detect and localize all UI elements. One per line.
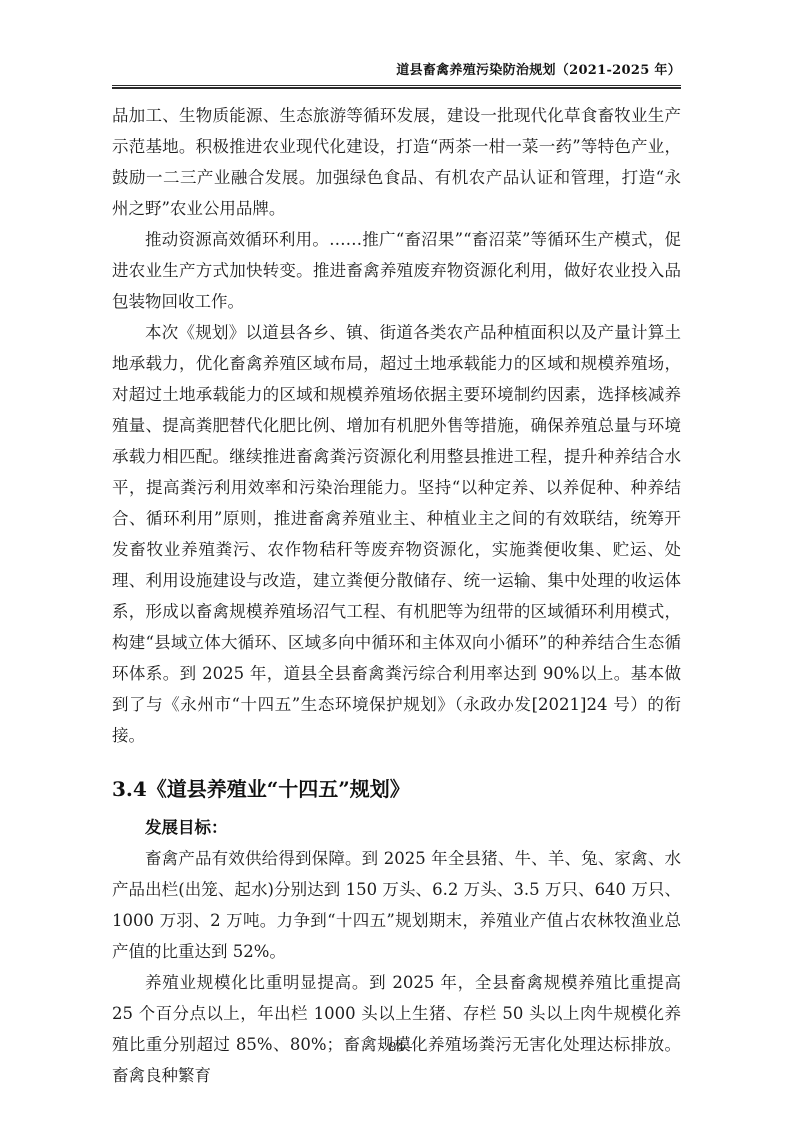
page-content: 道县畜禽养殖污染防治规划（2021-2025 年） 品加工、生物质能源、生态旅游… [0, 0, 793, 1091]
page-footer: - 84 - [0, 1038, 793, 1056]
header-rule-thick-line [112, 87, 681, 89]
document-body: 品加工、生物质能源、生态旅游等循环发展，建设一批现代化草食畜牧业生产示范基地。积… [112, 100, 681, 1091]
header-rule [112, 85, 681, 89]
subsection-label: 发展目标： [112, 812, 681, 843]
section-heading: 3.4《道县养殖业“十四五”规划》 [112, 774, 681, 804]
document-page: 道县畜禽养殖污染防治规划（2021-2025 年） 品加工、生物质能源、生态旅游… [0, 0, 793, 1122]
paragraph: 品加工、生物质能源、生态旅游等循环发展，建设一批现代化草食畜牧业生产示范基地。积… [112, 100, 681, 224]
paragraph: 本次《规划》以道县各乡、镇、街道各类农产品种植面积以及产量计算土地承载力，优化畜… [112, 317, 681, 751]
paragraph: 养殖业规模化比重明显提高。到 2025 年，全县畜禽规模养殖比重提高 25 个百… [112, 967, 681, 1091]
paragraph: 畜禽产品有效供给得到保障。到 2025 年全县猪、牛、羊、兔、家禽、水产品出栏(… [112, 843, 681, 967]
page-header: 道县畜禽养殖污染防治规划（2021-2025 年） [112, 0, 681, 89]
paragraph: 推动资源高效循环利用。……推广“畜沼果”“畜沼菜”等循环生产模式，促进农业生产方… [112, 224, 681, 317]
page-number: - 84 - [380, 1039, 412, 1054]
header-title: 道县畜禽养殖污染防治规划（2021-2025 年） [112, 0, 681, 80]
